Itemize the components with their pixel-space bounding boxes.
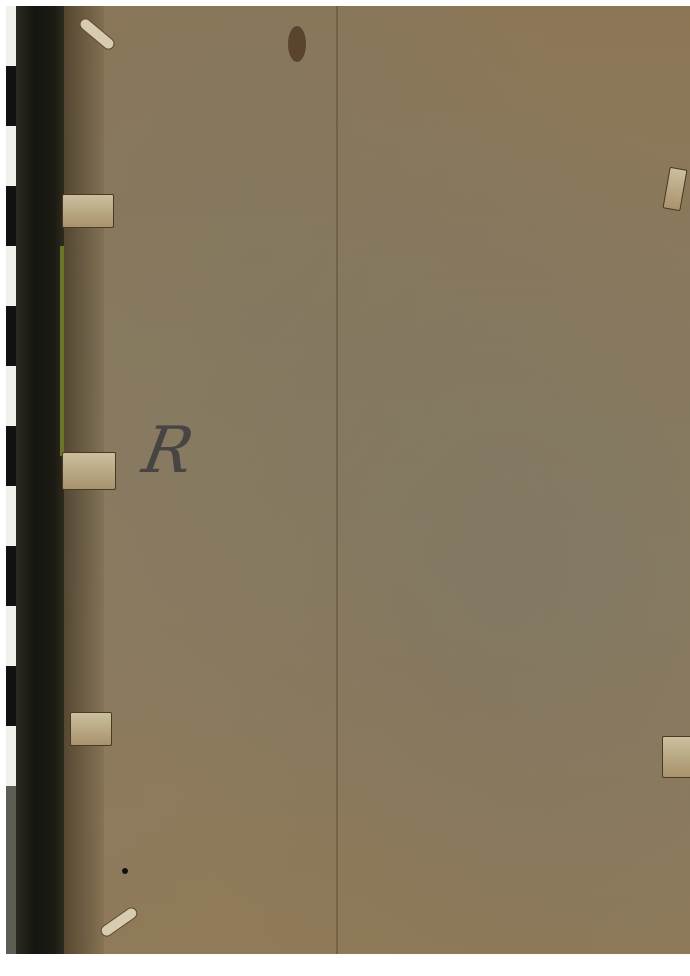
- hole: [122, 868, 128, 874]
- scale-end: [6, 786, 16, 954]
- scale-segment: [6, 426, 16, 486]
- stain: [288, 26, 306, 62]
- book-spine: [16, 6, 64, 954]
- scale-segment: [6, 66, 16, 126]
- center-crease: [336, 6, 338, 954]
- scale-segment: [6, 306, 16, 366]
- scale-segment: [6, 186, 16, 246]
- binding-tab-2: [62, 452, 116, 490]
- binding-tab-1: [62, 194, 114, 228]
- binding-tab-3: [70, 712, 112, 746]
- scale-bar: [6, 6, 16, 954]
- book-cover-photo: R: [6, 6, 690, 954]
- scale-segment: [6, 546, 16, 606]
- fastening-tab-right-bottom: [662, 736, 690, 778]
- scale-segment: [6, 666, 16, 726]
